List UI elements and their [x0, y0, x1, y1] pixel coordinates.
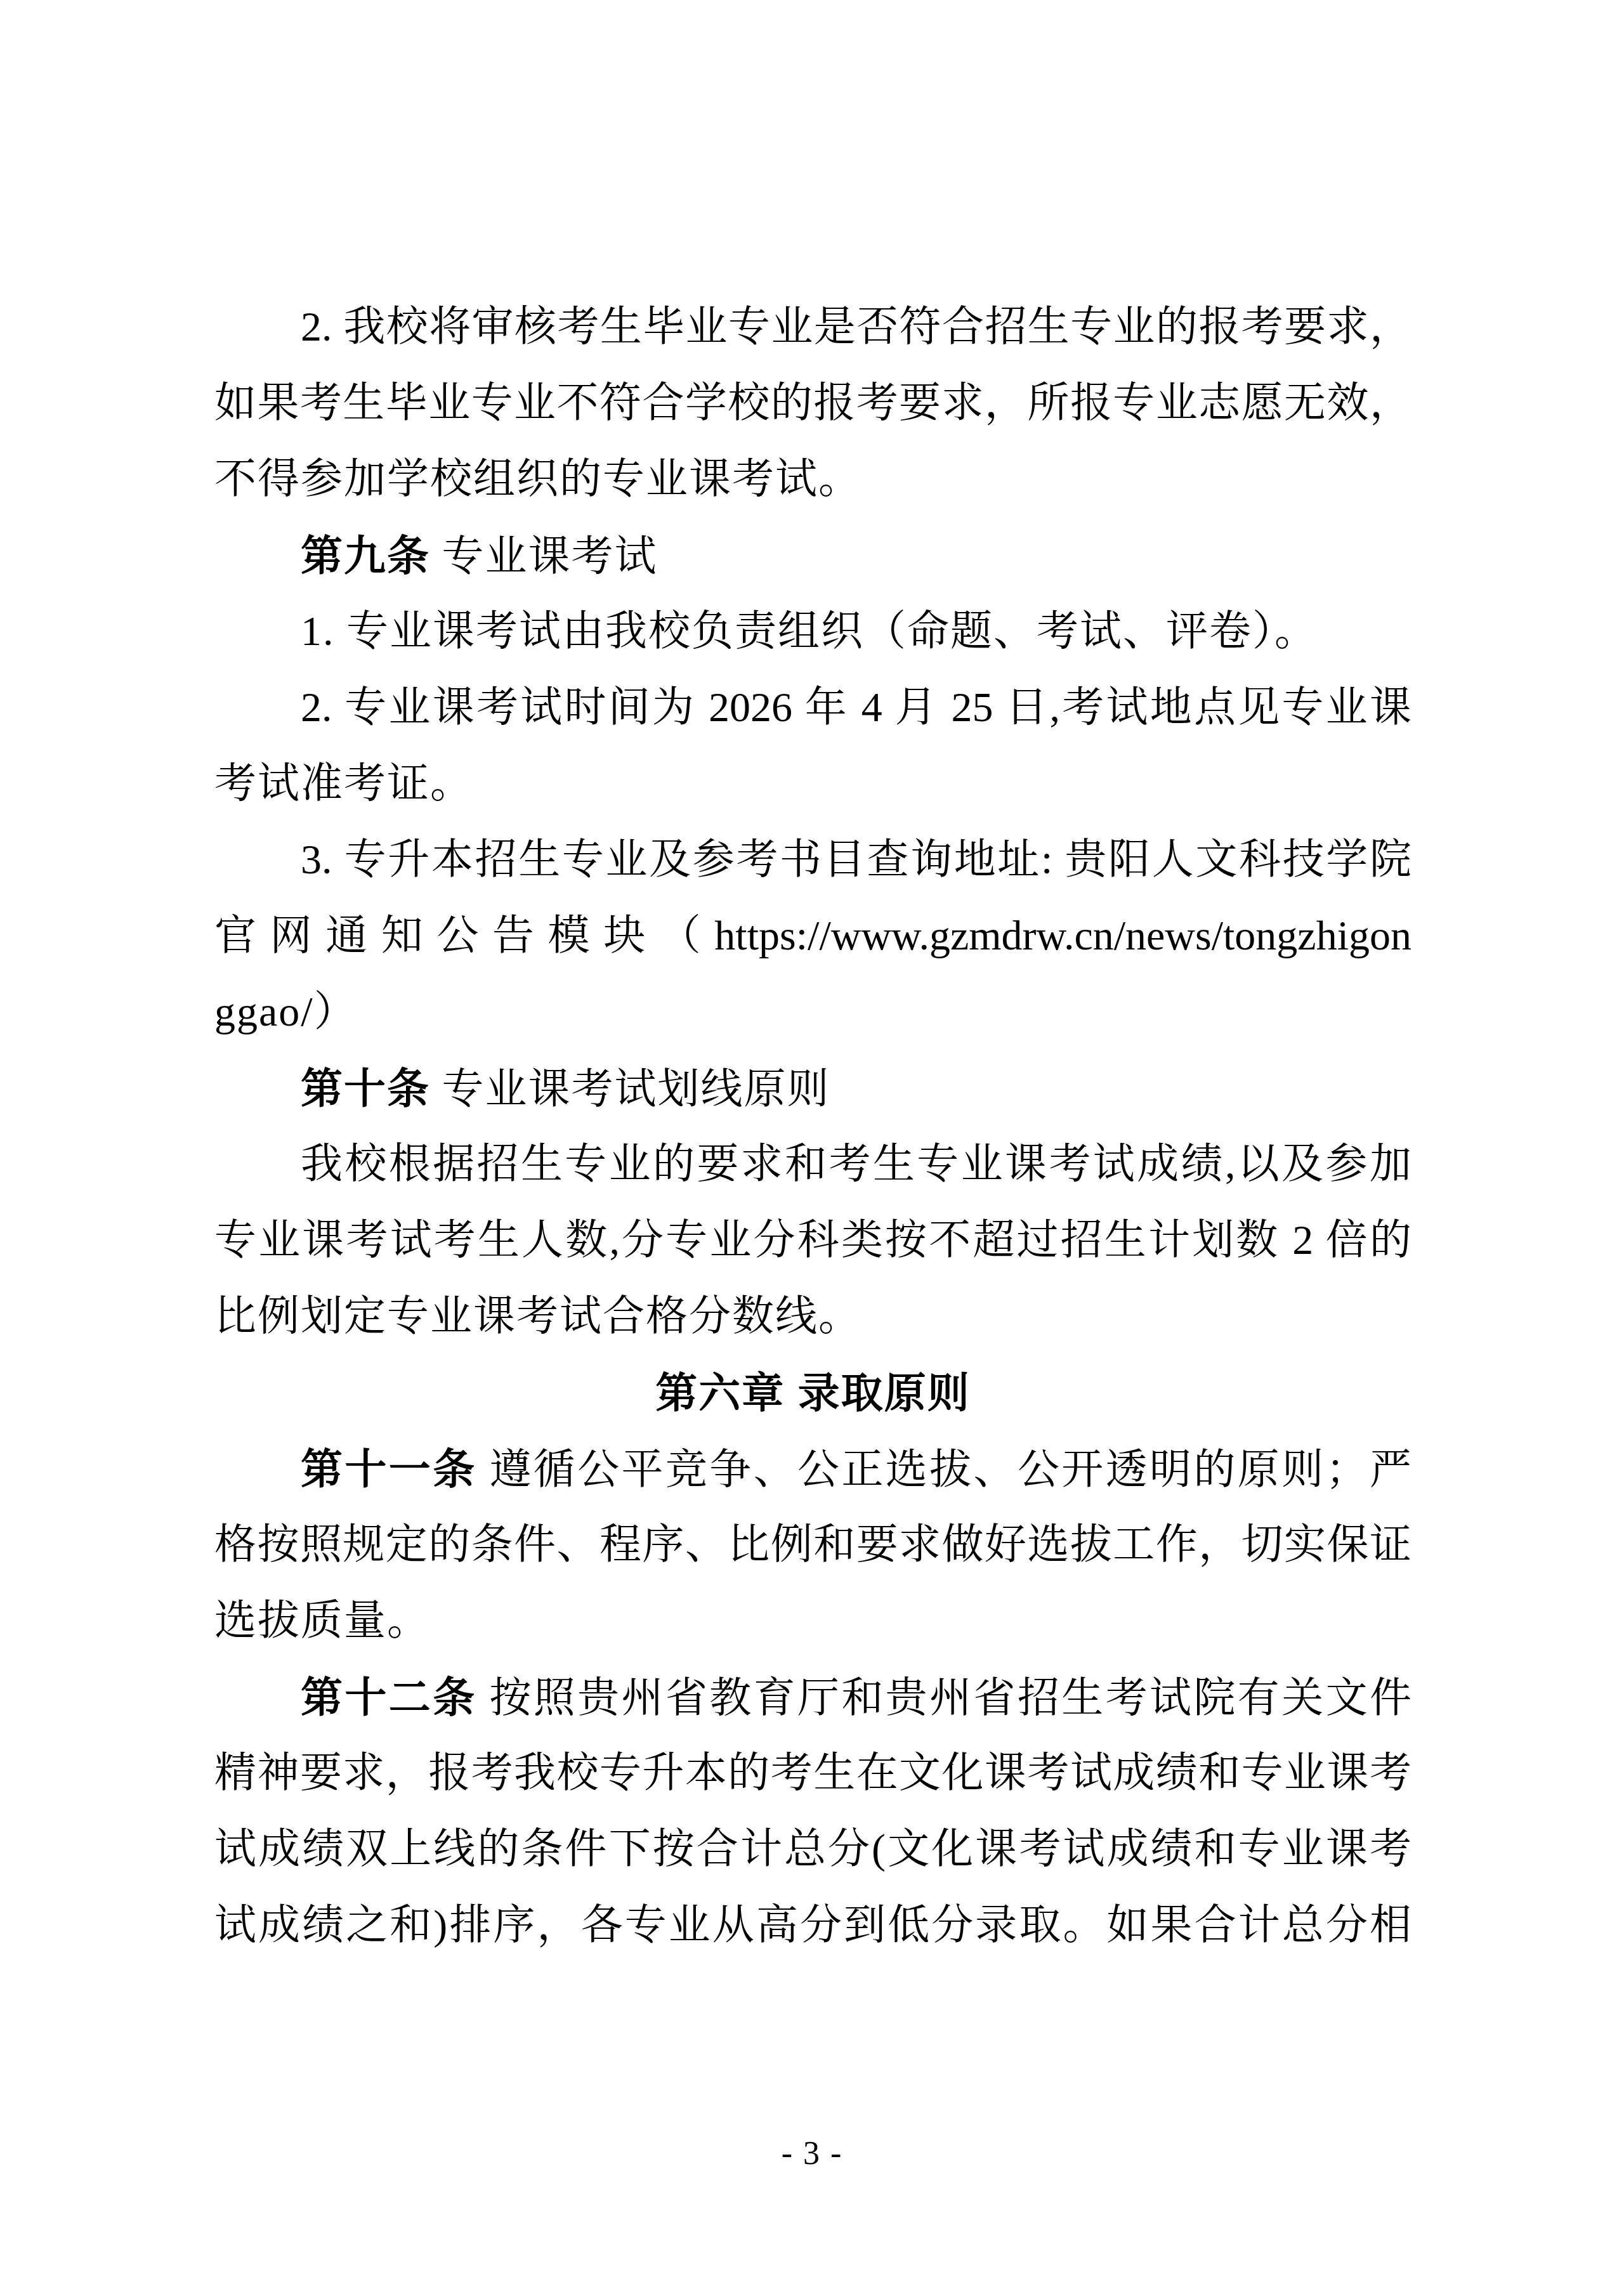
text-line: 2. 我校将审核考生毕业专业是否符合招生专业的报考要求， [214, 289, 1411, 365]
text-line: 1. 专业课考试由我校负责组织（命题、考试、评卷）。 [214, 594, 1411, 670]
text-line: 3. 专升本招生专业及参考书目查询地址: 贵阳人文科技学院 [214, 822, 1411, 898]
text-line: 试成绩之和)排序，各专业从高分到低分录取。如果合计总分相 [214, 1888, 1411, 1964]
article-number: 第十一条 [301, 1445, 477, 1492]
text-line: 官网通知公告模块（https://www.gzmdrw.cn/news/tong… [214, 898, 1411, 974]
line-text: 专业课考试 [430, 533, 658, 580]
line-text: 考试准考证。 [214, 760, 473, 807]
line-text: 比例划定专业课考试合格分数线。 [214, 1293, 861, 1340]
line-text: 1. 专业课考试由我校负责组织（命题、考试、评卷）。 [301, 608, 1318, 655]
text-line: ggao/） [214, 974, 1411, 1050]
text-line: 考试准考证。 [214, 746, 1411, 822]
line-text: 选拔质量。 [214, 1598, 430, 1644]
line-text: 官网通知公告模块（https://www.gzmdrw.cn/news/tong… [214, 913, 1411, 959]
document-page: 2. 我校将审核考生毕业专业是否符合招生专业的报考要求，如果考生毕业专业不符合学… [0, 0, 1624, 2296]
text-line: 不得参加学校组织的专业课考试。 [214, 441, 1411, 518]
text-line: 格按照规定的条件、程序、比例和要求做好选拔工作，切实保证 [214, 1507, 1411, 1583]
line-text: 2. 我校将审核考生毕业专业是否符合招生专业的报考要求， [301, 304, 1411, 350]
line-text: ggao/） [214, 989, 357, 1035]
text-line: 第九条 专业课考试 [214, 518, 1411, 594]
line-text: 专业课考试考生人数,分专业分科类按不超过招生计划数 2 倍的 [214, 1217, 1411, 1263]
line-text: 2. 专业课考试时间为 2026 年 4 月 25 日,考试地点见专业课 [301, 684, 1411, 731]
line-text: 试成绩之和)排序，各专业从高分到低分录取。如果合计总分相 [214, 1902, 1411, 1948]
text-line: 2. 专业课考试时间为 2026 年 4 月 25 日,考试地点见专业课 [214, 670, 1411, 746]
line-text: 3. 专升本招生专业及参考书目查询地址: 贵阳人文科技学院 [301, 837, 1411, 883]
article-number: 第九条 [301, 532, 430, 579]
line-text: 试成绩双上线的条件下按合计总分(文化课考试成绩和专业课考 [214, 1826, 1411, 1872]
text-line: 精神要求，报考我校专升本的考生在文化课考试成绩和专业课考 [214, 1735, 1411, 1811]
text-line: 选拔质量。 [214, 1583, 1411, 1659]
page-number: - 3 - [0, 2136, 1624, 2172]
article-number: 第十二条 [301, 1674, 477, 1721]
text-line: 我校根据招生专业的要求和考生专业课考试成绩,以及参加 [214, 1126, 1411, 1203]
line-text: 格按照规定的条件、程序、比例和要求做好选拔工作，切实保证 [214, 1522, 1411, 1568]
text-line: 第六章 录取原则 [214, 1355, 1411, 1431]
line-text: 不得参加学校组织的专业课考试。 [214, 456, 861, 502]
text-line: 第十条 专业课考试划线原则 [214, 1050, 1411, 1126]
line-text: 第六章 录取原则 [655, 1369, 970, 1416]
text-line: 专业课考试考生人数,分专业分科类按不超过招生计划数 2 倍的 [214, 1203, 1411, 1279]
line-text: 专业课考试划线原则 [430, 1066, 830, 1112]
line-text: 如果考生毕业专业不符合学校的报考要求，所报专业志愿无效， [214, 380, 1411, 426]
line-text: 按照贵州省教育厅和贵州省招生考试院有关文件 [477, 1675, 1411, 1721]
document-body: 2. 我校将审核考生毕业专业是否符合招生专业的报考要求，如果考生毕业专业不符合学… [214, 289, 1411, 1964]
text-line: 试成绩双上线的条件下按合计总分(文化课考试成绩和专业课考 [214, 1811, 1411, 1888]
text-line: 第十一条 遵循公平竞争、公正选拔、公开透明的原则；严 [214, 1431, 1411, 1507]
line-text: 遵循公平竞争、公正选拔、公开透明的原则；严 [477, 1447, 1411, 1493]
line-text: 精神要求，报考我校专升本的考生在文化课考试成绩和专业课考 [214, 1750, 1411, 1796]
line-text: 我校根据招生专业的要求和考生专业课考试成绩,以及参加 [301, 1141, 1411, 1187]
text-line: 第十二条 按照贵州省教育厅和贵州省招生考试院有关文件 [214, 1659, 1411, 1735]
text-line: 如果考生毕业专业不符合学校的报考要求，所报专业志愿无效， [214, 365, 1411, 441]
article-number: 第十条 [301, 1065, 430, 1112]
text-line: 比例划定专业课考试合格分数线。 [214, 1279, 1411, 1355]
